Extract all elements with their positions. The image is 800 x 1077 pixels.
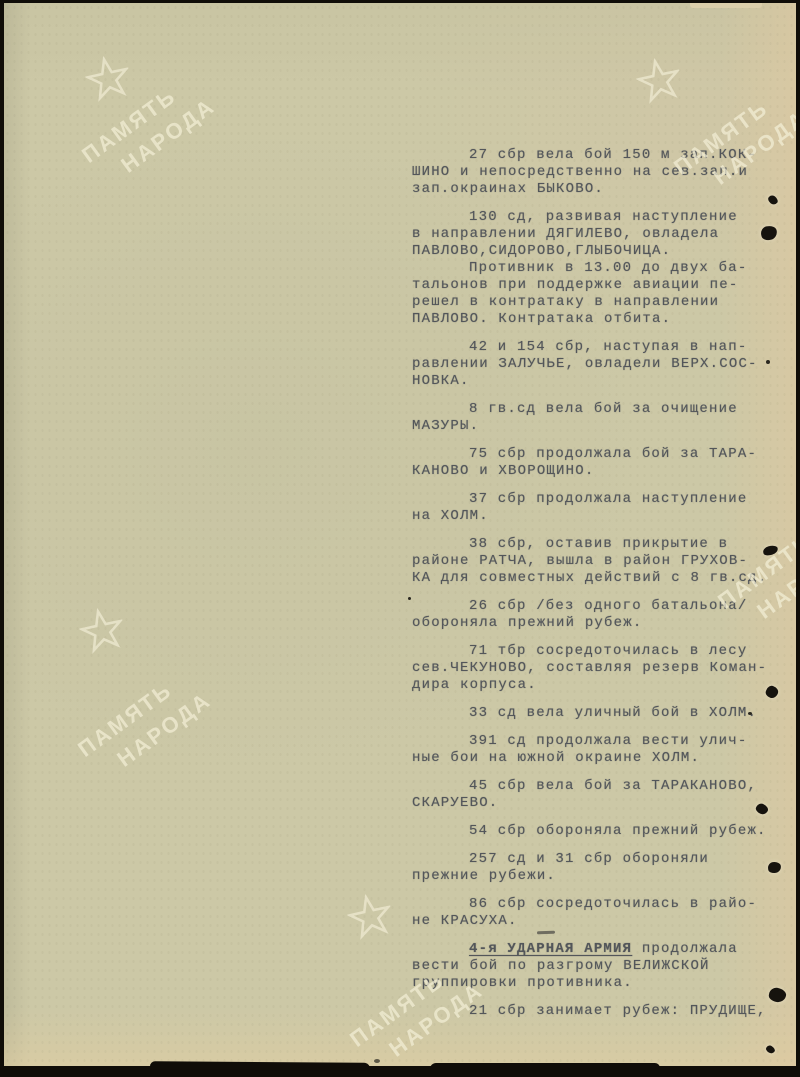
typewritten-line: на ХОЛМ.	[412, 508, 774, 525]
typewritten-line: 38 сбр, оставив прикрытие в	[412, 536, 774, 553]
typewritten-line: 8 гв.сд вела бой за очищение	[412, 401, 774, 418]
typewritten-line: ШИНО и непосредственно на сев.зап.и	[412, 164, 774, 181]
ink-speck	[748, 712, 752, 715]
scan-border-left	[0, 0, 4, 1077]
paper-edge-notch	[690, 3, 762, 8]
typewritten-line: 54 сбр обороняла прежний рубеж.	[412, 823, 774, 840]
typewritten-line: группировки противника.	[412, 975, 774, 992]
typewritten-line: 71 тбр сосредоточилась в лесу	[412, 643, 774, 660]
archive-watermark: ПАМЯТЬ НАРОДА	[72, 660, 218, 789]
paragraph: 8 гв.сд вела бой за очищениеМАЗУРЫ.	[412, 401, 774, 435]
paragraph: 4-я УДАРНАЯ АРМИЯ продолжалавести бой по…	[412, 941, 774, 992]
scan-border-bottom-bump	[150, 1061, 370, 1071]
underlined-heading: 4-я УДАРНАЯ АРМИЯ	[469, 941, 632, 957]
typewritten-line: 257 сд и 31 сбр обороняли	[412, 851, 774, 868]
typewritten-line: 26 сбр /без одного батальона/	[412, 598, 774, 615]
typewritten-line: в направлении ДЯГИЛЕВО, овладела	[412, 226, 774, 243]
ink-stain	[765, 1044, 776, 1055]
ink-speck	[374, 1059, 380, 1063]
typewritten-line: прежние рубежи.	[412, 868, 774, 885]
archive-watermark: ПАМЯТЬ НАРОДА	[76, 66, 222, 195]
paragraph: 27 сбр вела бой 150 м зап.КОК-ШИНО и неп…	[412, 147, 774, 198]
typewritten-line: равлении ЗАЛУЧЬЕ, овладели ВЕРХ.СОС-	[412, 356, 774, 373]
paragraph: 130 сд, развивая наступлениев направлени…	[412, 209, 774, 260]
paragraph: 33 сд вела уличный бой в ХОЛМ.	[412, 705, 774, 722]
typewritten-line: сев.ЧЕКУНОВО, составляя резерв Коман-	[412, 660, 774, 677]
typewritten-line: 42 и 154 сбр, наступая в нап-	[412, 339, 774, 356]
paragraph: 391 сд продолжала вести улич-ные бои на …	[412, 733, 774, 767]
typewritten-line: МАЗУРЫ.	[412, 418, 774, 435]
typewritten-line: ПАВЛОВО,СИДОРОВО,ГЛЫБОЧИЦА.	[412, 243, 774, 260]
paragraph: 37 сбр продолжала наступлениена ХОЛМ.	[412, 491, 774, 525]
typewritten-line: обороняла прежний рубеж.	[412, 615, 774, 632]
paragraph: 86 сбр сосредоточилась в райо-не КРАСУХА…	[412, 896, 774, 930]
typewritten-line: ные бои на южной окраине ХОЛМ.	[412, 750, 774, 767]
typewritten-line: 130 сд, развивая наступление	[412, 209, 774, 226]
watermark-line1: ПАМЯТЬ	[76, 66, 203, 170]
typewritten-line: 21 сбр занимает рубеж: ПРУДИЩЕ,	[412, 1003, 774, 1020]
typewritten-line: Противник в 13.00 до двух ба-	[412, 260, 774, 277]
ink-speck	[408, 597, 411, 600]
paragraph: 42 и 154 сбр, наступая в нап-равлении ЗА…	[412, 339, 774, 390]
paper-sheet: 27 сбр вела бой 150 м зап.КОК-ШИНО и неп…	[4, 3, 796, 1066]
typewritten-line: 75 сбр продолжала бой за ТАРА-	[412, 446, 774, 463]
typewritten-line: 391 сд продолжала вести улич-	[412, 733, 774, 750]
scanned-document-page: 27 сбр вела бой 150 м зап.КОК-ШИНО и неп…	[0, 0, 800, 1077]
scan-border-top	[0, 0, 800, 3]
star-watermark-icon	[76, 604, 128, 656]
typewritten-line: ПАВЛОВО. Контратака отбита.	[412, 311, 774, 328]
scan-border-bottom-bump	[430, 1063, 660, 1070]
star-watermark-icon	[633, 54, 685, 106]
typewritten-line: 4-я УДАРНАЯ АРМИЯ продолжала	[412, 941, 774, 958]
typewritten-line: зап.окраинах БЫКОВО.	[412, 181, 774, 198]
star-watermark-icon	[344, 890, 396, 942]
watermark-line2: НАРОДА	[115, 91, 221, 180]
paragraph: 75 сбр продолжала бой за ТАРА-КАНОВО и Х…	[412, 446, 774, 480]
scan-border-right	[796, 0, 800, 1077]
typewritten-line: СКАРУЕВО.	[412, 795, 774, 812]
paragraph: 257 сд и 31 сбр оборонялипрежние рубежи.	[412, 851, 774, 885]
typewritten-line: 45 сбр вела бой за ТАРАКАНОВО,	[412, 778, 774, 795]
paragraph: 21 сбр занимает рубеж: ПРУДИЩЕ,	[412, 1003, 774, 1020]
typewritten-line: районе РАТЧА, вышла в район ГРУХОВ-	[412, 553, 774, 570]
typewritten-line: не КРАСУХА.	[412, 913, 774, 930]
typewritten-line: дира корпуса.	[412, 677, 774, 694]
typewritten-line: 27 сбр вела бой 150 м зап.КОК-	[412, 147, 774, 164]
typewritten-line: решел в контратаку в направлении	[412, 294, 774, 311]
scan-border-bottom	[0, 1066, 800, 1077]
typewritten-text-block: 27 сбр вела бой 150 м зап.КОК-ШИНО и неп…	[412, 147, 774, 1020]
paragraph: Противник в 13.00 до двух ба-тальонов пр…	[412, 260, 774, 328]
paragraph: 38 сбр, оставив прикрытие врайоне РАТЧА,…	[412, 536, 774, 587]
typewritten-line: КА для совместных действий с 8 гв.сд.	[412, 570, 774, 587]
typewritten-line: КАНОВО и ХВОРОЩИНО.	[412, 463, 774, 480]
paragraph: 26 сбр /без одного батальона/обороняла п…	[412, 598, 774, 632]
paragraph: 71 тбр сосредоточилась в лесусев.ЧЕКУНОВ…	[412, 643, 774, 694]
ink-stain	[767, 861, 781, 874]
watermark-line2: НАРОДА	[111, 685, 217, 774]
paragraph: 45 сбр вела бой за ТАРАКАНОВО,СКАРУЕВО.	[412, 778, 774, 812]
typewritten-line: 37 сбр продолжала наступление	[412, 491, 774, 508]
watermark-line1: ПАМЯТЬ	[72, 660, 199, 764]
typewritten-line: вести бой по разгрому ВЕЛИЖСКОЙ	[412, 958, 774, 975]
ink-stain	[760, 224, 779, 241]
typewritten-line: 86 сбр сосредоточилась в райо-	[412, 896, 774, 913]
typewritten-line: 33 сд вела уличный бой в ХОЛМ.	[412, 705, 774, 722]
ink-speck	[766, 360, 770, 364]
typewritten-line: НОВКА.	[412, 373, 774, 390]
paragraph: 54 сбр обороняла прежний рубеж.	[412, 823, 774, 840]
typewritten-line: тальонов при поддержке авиации пе-	[412, 277, 774, 294]
star-watermark-icon	[82, 52, 134, 104]
